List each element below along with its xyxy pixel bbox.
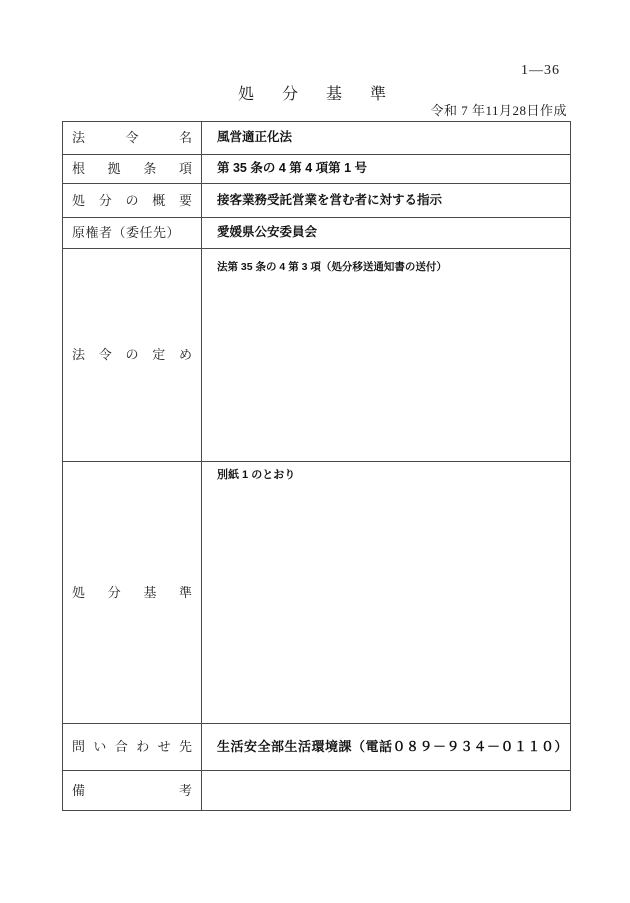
created-date: 令和 7 年11月28日作成 [430, 100, 567, 119]
document-page: 1—36 処 分 基 準 令和 7 年11月28日作成 法令名 風営適正化法 根… [0, 0, 630, 903]
row-label-text: 備考 [63, 783, 201, 799]
row-value-legal-provision: 法第 35 条の 4 第 3 項（処分移送通知書の送付） [202, 249, 570, 461]
disposition-table: 法令名 風営適正化法 根拠条項 第 35 条の 4 第 4 項第 1 号 処分の… [62, 121, 571, 811]
row-label-text: 法令名 [63, 130, 201, 146]
row-label-text: 処分基準 [63, 585, 201, 601]
row-label-law-name: 法令名 [63, 122, 202, 154]
row-value-legal-basis: 第 35 条の 4 第 4 項第 1 号 [202, 155, 570, 183]
row-label-original-authority: 原権者（委任先） [63, 218, 202, 248]
table-row-original-authority: 原権者（委任先） 愛媛県公安委員会 [63, 217, 570, 248]
row-value-disposition-standard: 別紙 1 のとおり [202, 462, 570, 723]
table-row-law-name: 法令名 風営適正化法 [63, 122, 570, 154]
row-value-remarks [202, 771, 570, 810]
table-row-contact: 問い合わせ先 生活安全部生活環境課（電話０８９－９３４－０１１０） [63, 723, 570, 770]
row-label-text: 処分の概要 [63, 193, 201, 209]
table-row-remarks: 備考 [63, 770, 570, 810]
row-value-disposition-summary: 接客業務受託営業を営む者に対する指示 [202, 184, 570, 217]
row-label-disposition-summary: 処分の概要 [63, 184, 202, 217]
row-label-contact: 問い合わせ先 [63, 724, 202, 770]
row-label-text: 原権者（委任先） [63, 225, 201, 241]
row-label-disposition-standard: 処分基準 [63, 462, 202, 723]
table-row-disposition-standard: 処分基準 別紙 1 のとおり [63, 461, 570, 723]
row-label-legal-provision: 法令の定め [63, 249, 202, 461]
row-label-text: 法令の定め [63, 347, 201, 363]
row-value-original-authority: 愛媛県公安委員会 [202, 218, 570, 248]
row-label-legal-basis: 根拠条項 [63, 155, 202, 183]
table-row-legal-provision: 法令の定め 法第 35 条の 4 第 3 項（処分移送通知書の送付） [63, 248, 570, 461]
row-label-remarks: 備考 [63, 771, 202, 810]
row-label-text: 問い合わせ先 [63, 739, 201, 755]
table-row-disposition-summary: 処分の概要 接客業務受託営業を営む者に対する指示 [63, 183, 570, 217]
table-row-legal-basis: 根拠条項 第 35 条の 4 第 4 項第 1 号 [63, 154, 570, 183]
page-number: 1—36 [521, 63, 560, 79]
row-value-law-name: 風営適正化法 [202, 122, 570, 154]
row-value-contact: 生活安全部生活環境課（電話０８９－９３４－０１１０） [202, 724, 570, 770]
row-label-text: 根拠条項 [63, 161, 201, 177]
